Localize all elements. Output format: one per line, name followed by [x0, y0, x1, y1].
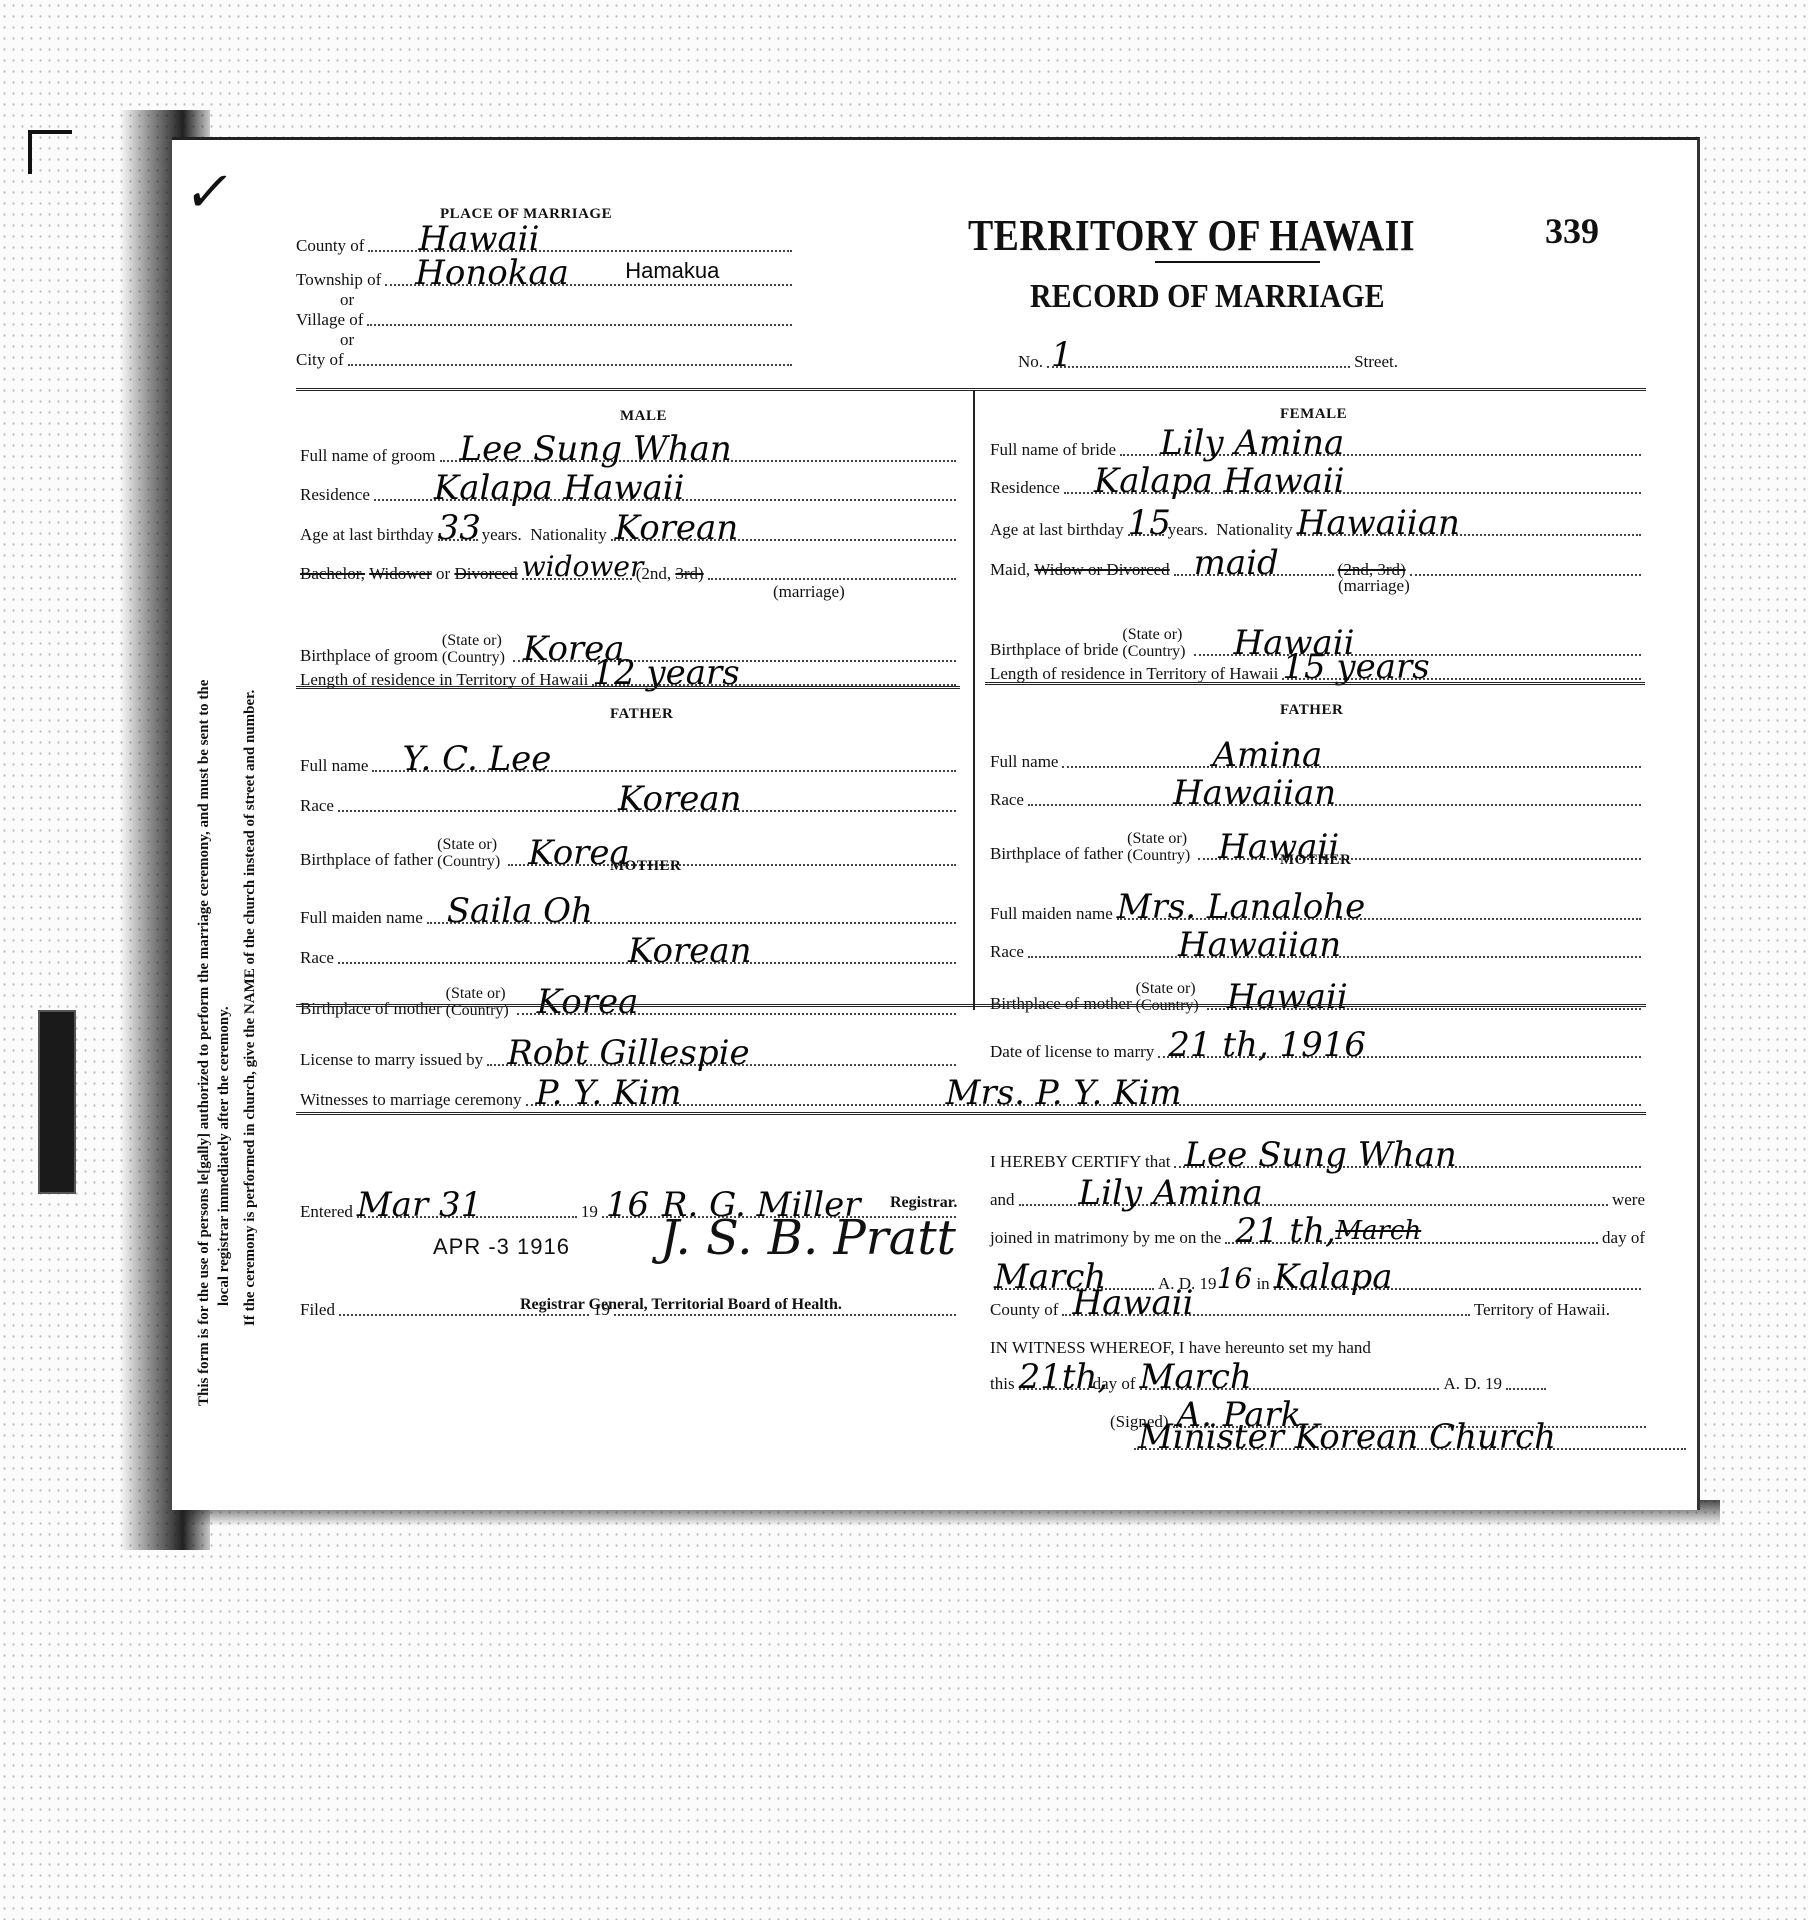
license-date-row: Date of license to marry 21 th, 1916	[990, 1042, 1645, 1062]
groom-status-row: Bachelor, Widower or Divorced widower (2…	[300, 564, 960, 584]
no-label: No.	[1018, 352, 1043, 372]
bride-nationality-field[interactable]: Hawaiian	[1297, 534, 1641, 536]
township-field[interactable]: HonokaaHamakua	[385, 284, 792, 286]
bride-residence-length-row: Length of residence in Territory of Hawa…	[990, 664, 1645, 684]
street-number-field[interactable]: 1	[1047, 366, 1350, 368]
divider-male-parents	[296, 686, 960, 689]
groom-father-race-field[interactable]: Korean	[338, 810, 956, 812]
bride-mother-name-field[interactable]: Mrs. Lanalohe	[1117, 918, 1641, 920]
bride-age-row: Age at last birthday 15 years. Nationali…	[990, 520, 1645, 540]
column-divider	[973, 390, 975, 1010]
township-note: Hamakua	[625, 256, 719, 286]
bride-residence-field[interactable]: Kalapa Hawaii	[1064, 492, 1641, 494]
bride-name-row: Full name of bride Lily Amina	[990, 440, 1645, 460]
witness-2: Mrs. P. Y. Kim	[946, 1078, 1182, 1108]
village-label: Village of	[296, 310, 363, 330]
groom-name-field[interactable]: Lee Sung Whan	[440, 460, 956, 462]
certify-groom-field[interactable]: Lee Sung Whan	[1174, 1166, 1641, 1168]
groom-mother-heading: MOTHER	[610, 858, 681, 875]
township-label: Township of	[296, 270, 381, 290]
groom-mother-race-row: Race Korean	[300, 948, 960, 968]
divider-top	[296, 388, 1646, 391]
license-issued-row: License to marry issued by Robt Gillespi…	[300, 1050, 960, 1070]
bride-father-name-row: Full name Amina	[990, 752, 1645, 772]
groom-father-name-row: Full name Y. C. Lee	[300, 756, 960, 776]
bride-father-name-field[interactable]: Amina	[1062, 766, 1641, 768]
street-label: Street.	[1354, 352, 1398, 372]
city-row: City of	[296, 350, 796, 370]
groom-mother-name-field[interactable]: Saila Oh	[427, 922, 956, 924]
witness-1: P. Y. Kim	[536, 1078, 682, 1108]
this-day-field[interactable]: 21th,	[1019, 1388, 1089, 1390]
side-note-3: If the ceremony is performed in church, …	[242, 690, 259, 1326]
groom-mother-race-field[interactable]: Korean	[338, 962, 956, 964]
registrar-general-caption: Registrar General, Territorial Board of …	[520, 1296, 842, 1314]
male-heading: MALE	[620, 408, 667, 425]
binding-tab	[38, 1010, 76, 1194]
or-1: or	[340, 290, 354, 310]
groom-marriage-caption: (marriage)	[773, 582, 845, 602]
side-note-2: local registrar immediately after the ce…	[216, 1006, 233, 1306]
license-issuer-field[interactable]: Robt Gillespie	[487, 1064, 956, 1066]
minister-title-field[interactable]: Minister Korean Church	[1134, 1448, 1686, 1450]
bride-mother-birthplace-row: Birthplace of mother (State or)(Country)…	[990, 980, 1645, 1014]
groom-father-birthplace-field[interactable]: Korea	[508, 864, 956, 866]
bride-father-birthplace-field[interactable]: Hawaii	[1198, 858, 1641, 860]
bride-mother-race-row: Race Hawaiian	[990, 942, 1645, 962]
entered-date-field[interactable]: Mar 31	[357, 1216, 577, 1218]
bride-mother-birthplace-field[interactable]: Hawaii	[1207, 1008, 1641, 1010]
certify-bride-field[interactable]: Lily Amina	[1019, 1204, 1608, 1206]
divider-female-parents	[985, 682, 1645, 685]
groom-father-race-row: Race Korean	[300, 796, 960, 816]
minister-row: Minister Korean Church	[1130, 1448, 1690, 1454]
bride-father-race-row: Race Hawaiian	[990, 790, 1645, 810]
witnesses-field[interactable]: P. Y. Kim Mrs. P. Y. Kim	[526, 1104, 1641, 1106]
witness-whereof: IN WITNESS WHEREOF, I have hereunto set …	[990, 1338, 1371, 1358]
bride-father-race-field[interactable]: Hawaiian	[1028, 804, 1641, 806]
divider-license	[296, 1004, 1646, 1007]
this-month-field[interactable]: March	[1140, 1388, 1440, 1390]
scan-corner-mark	[28, 130, 72, 174]
groom-age-field[interactable]: 33	[438, 539, 478, 541]
female-heading: FEMALE	[1280, 406, 1347, 423]
groom-mother-name-row: Full maiden name Saila Oh	[300, 908, 960, 928]
groom-father-heading: FATHER	[610, 706, 673, 723]
county-value: Hawaii	[418, 224, 539, 254]
village-field[interactable]	[367, 324, 792, 326]
city-label: City of	[296, 350, 344, 370]
street-number-value: 1	[1051, 340, 1073, 370]
record-number: 339	[1545, 210, 1599, 252]
bride-mother-heading: MOTHER	[1280, 852, 1351, 869]
witnesses-row: Witnesses to marriage ceremony P. Y. Kim…	[300, 1090, 1645, 1110]
license-date-field[interactable]: 21 th, 1916	[1158, 1056, 1641, 1058]
groom-mother-birthplace-row: Birthplace of mother (State or)(Country)…	[300, 985, 960, 1019]
bride-age-field[interactable]: 15	[1128, 534, 1164, 536]
groom-mother-birthplace-field[interactable]: Korea	[517, 1013, 956, 1015]
filed-date-field[interactable]	[339, 1314, 589, 1316]
groom-nationality-field[interactable]: Korean	[611, 539, 956, 541]
street-row: No. 1 Street.	[1018, 352, 1398, 372]
cert-county-field[interactable]: Hawaii	[1062, 1314, 1469, 1316]
township-value: Honokaa	[415, 258, 569, 288]
joined-row: joined in matrimony by me on the 21 th,M…	[990, 1228, 1645, 1248]
place-field[interactable]: Kalapa	[1274, 1288, 1641, 1290]
bride-status-row: Maid, Widow or Divorced maid (2nd, 3rd)	[990, 560, 1645, 580]
document-subtitle: RECORD OF MARRIAGE	[1030, 278, 1385, 316]
township-row: Township of HonokaaHamakua	[296, 270, 796, 290]
bride-mother-name-row: Full maiden name Mrs. Lanalohe	[990, 904, 1645, 924]
bride-residence-length-field[interactable]: 15 years	[1282, 678, 1641, 680]
bride-father-heading: FATHER	[1280, 702, 1343, 719]
city-field[interactable]	[348, 364, 792, 366]
title-divider	[1155, 261, 1320, 263]
village-row: Village of	[296, 310, 796, 330]
divider-bottom	[296, 1112, 1646, 1115]
bride-status-field[interactable]: maid	[1174, 574, 1334, 576]
certify-row: I HEREBY CERTIFY that Lee Sung Whan	[990, 1152, 1645, 1172]
this-day-row: this 21th, day of March A. D. 19	[990, 1374, 1550, 1394]
bride-name-field[interactable]: Lily Amina	[1120, 454, 1641, 456]
filed-stamp: APR -3 1916	[433, 1234, 570, 1260]
county-label: County of	[296, 236, 364, 256]
bride-marriage-caption: (marriage)	[1338, 576, 1410, 596]
side-note-1: This form is for the use of persons le[g…	[196, 680, 213, 1406]
bride-residence-row: Residence Kalapa Hawaii	[990, 478, 1645, 498]
cert-county-row: County of Hawaii Territory of Hawaii.	[990, 1300, 1610, 1320]
document-title: TERRITORY OF HAWAII	[968, 210, 1415, 261]
groom-residence-field[interactable]: Kalapa Hawaii	[374, 499, 956, 501]
groom-father-name-field[interactable]: Y. C. Lee	[372, 770, 956, 772]
or-2: or	[340, 330, 354, 350]
groom-name-row: Full name of groom Lee Sung Whan	[300, 446, 960, 466]
certify-bride-row: and Lily Amina were	[990, 1190, 1645, 1210]
registrar-general-signature: J. S. B. Pratt	[660, 1210, 956, 1266]
groom-residence-row: Residence Kalapa Hawaii	[300, 485, 960, 505]
groom-status-field[interactable]: widower	[522, 578, 632, 580]
bride-mother-race-field[interactable]: Hawaiian	[1028, 956, 1641, 958]
joined-day-field[interactable]: 21 th,March	[1225, 1242, 1598, 1244]
groom-age-row: Age at last birthday 33 years. Nationali…	[300, 525, 960, 545]
county-field[interactable]: Hawaii	[368, 250, 792, 252]
